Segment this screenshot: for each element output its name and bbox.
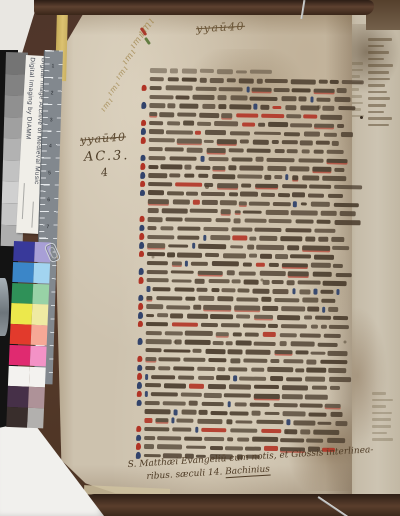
text-word [183,358,205,363]
text-word [300,403,323,407]
text-word [290,254,310,258]
text-word [147,190,164,195]
text-word [157,313,167,317]
color-chart-row [8,366,47,388]
paraph-mark [138,303,143,310]
text-word [210,314,233,319]
text-word [237,289,249,293]
text-word [144,427,170,431]
ghost-text-line [368,38,392,41]
text-word [196,288,207,292]
text-word [235,420,252,424]
manuscript-photo: ımıımıımıımıımıımı yyaū40 yyaū40 AC.3. 4… [0,0,400,516]
text-word [148,182,172,187]
text-word [230,95,247,100]
ghost-text-line [368,97,390,100]
text-word [185,260,189,266]
text-word [147,226,157,230]
paraph-mark [138,321,143,328]
recto-ghost-text [368,38,396,126]
text-word [232,280,240,284]
text-word [306,368,326,373]
color-patch-light [34,263,51,284]
text-word [177,226,201,231]
text-word [258,123,265,127]
text-word [300,105,320,110]
text-word [235,402,247,406]
text-word [229,384,251,389]
text-word [176,95,190,99]
text-word [192,95,215,100]
paraph-mark [137,399,142,406]
text-word [333,316,348,320]
color-patch-light [31,325,48,346]
text-word [275,350,293,354]
text-word [234,210,240,214]
text-word [231,227,252,232]
text-word [261,297,271,302]
text-word [278,193,289,197]
edge-clip [0,278,9,336]
binding-top-edge [34,0,374,15]
text-word [161,164,183,169]
paraph-mark [140,181,145,188]
text-word [167,191,184,196]
text-word [298,96,306,101]
text-word [214,121,239,126]
paraph-mark [141,119,146,126]
text-word [220,201,237,206]
classmark-annotation: AC.3. [84,148,130,165]
text-word [250,96,278,100]
ghost-text-line [368,84,385,87]
text-word [229,192,238,196]
text-word [303,115,317,119]
text-word [149,86,162,90]
text-word [212,174,235,180]
text-word [169,174,180,178]
text-word [200,112,220,117]
color-patch-strong [6,407,28,428]
text-word [159,357,181,362]
text-word [287,419,291,425]
text-word [304,316,312,320]
text-word [168,244,188,248]
paraph-mark [137,382,142,389]
text-word [171,270,194,274]
text-word [240,192,258,197]
text-word [312,272,332,277]
text-word [323,334,341,338]
text-word [230,358,241,363]
text-word [233,375,237,381]
paraph-mark [140,163,145,170]
text-word [282,394,303,399]
text-word [172,200,190,205]
text-word [249,201,270,205]
text-word [203,305,231,311]
text-word [198,174,209,178]
text-word [272,288,288,293]
ghost-text-line [372,412,392,415]
text-word [270,359,279,363]
color-chart-row [10,324,49,346]
text-word [252,139,269,144]
text-word [204,392,222,397]
text-word [315,316,331,320]
paraph-mark [136,434,141,441]
ghost-text-line [350,69,363,72]
text-word [192,349,201,353]
paraph-mark [136,443,141,450]
color-patch-light [28,387,45,408]
ruler-number: 7 [46,225,49,230]
ghost-text-line [368,45,384,48]
text-word [204,130,226,135]
text-word [150,68,167,73]
text-word [324,132,337,136]
text-word [192,243,196,249]
text-word [282,97,297,102]
text-word [256,420,283,425]
text-word [245,350,271,355]
text-word [267,367,293,373]
text-word [230,411,249,415]
text-word [143,444,153,449]
text-word [225,446,242,450]
text-word [291,79,317,85]
text-word [288,272,309,277]
text-word [230,131,250,135]
binding-bottom-edge [84,494,400,516]
color-patch-light [33,283,50,304]
ghost-text-line [368,71,389,74]
ruler-number: 6 [47,198,50,203]
text-word [203,234,207,240]
text-word [146,296,153,300]
text-word [208,157,228,161]
paraph-mark [139,242,144,249]
text-word [177,113,196,117]
text-word [237,175,262,179]
text-word [262,332,275,337]
text-word [172,279,192,283]
text-word [226,341,233,345]
text-word [237,297,259,301]
paraph-mark [141,137,146,144]
text-word [199,69,214,73]
text-word [267,158,295,163]
text-word [304,131,320,136]
text-word [282,385,309,391]
text-word [323,176,347,182]
text-word [178,375,194,379]
text-word [250,402,270,406]
text-word [149,112,157,117]
text-word [256,245,283,250]
text-word [281,236,303,241]
text-word [198,410,207,415]
text-word [172,322,198,327]
text-word [145,409,171,414]
text-word [254,341,276,345]
text-word [267,166,286,171]
text-word [210,411,227,415]
text-word [282,184,307,189]
text-word [277,315,301,320]
text-word [170,68,178,73]
text-word [316,141,330,145]
text-word [290,123,311,127]
text-word [330,412,342,417]
text-word [281,324,308,328]
text-word [261,193,275,197]
text-word [302,176,319,181]
text-word [334,185,362,189]
paraph-mark [137,356,142,363]
text-word [337,88,347,93]
text-word [146,270,168,274]
text-word [274,149,284,153]
text-word [177,138,201,143]
text-word [208,384,226,389]
text-word [287,149,298,153]
text-word [339,211,355,216]
text-word [242,122,256,126]
color-chart-row [9,345,48,367]
text-word [144,391,148,397]
text-word [261,114,285,119]
text-word [252,437,278,443]
text-word [292,193,305,198]
recto-ghost-text-lower [372,392,394,441]
paraph-mark [136,426,141,433]
text-word [201,156,205,162]
text-word [314,228,335,233]
text-word [318,237,329,242]
ghost-text-line [368,104,386,107]
text-word [148,208,159,213]
text-word [337,124,344,128]
text-word [193,200,199,205]
text-word [249,254,257,258]
text-word [206,148,225,153]
text-word [302,298,318,303]
text-word [148,173,167,178]
ghost-text-line [372,425,391,428]
text-word [327,150,344,155]
text-word [166,217,182,222]
text-word [198,244,226,249]
text-word [268,324,277,328]
text-word [174,366,195,370]
text-word [239,376,266,380]
paraph-mark [139,233,144,240]
text-word [157,436,181,441]
text-word [146,314,155,318]
text-word [144,401,160,406]
text-word [226,419,233,424]
text-word [334,168,344,172]
text-word [239,166,263,171]
text-word [181,410,196,415]
paraph-mark [140,216,145,223]
text-word [244,332,259,337]
text-word [235,341,251,346]
text-word [265,175,272,179]
text-word [246,86,250,92]
paraph-mark [138,294,143,301]
text-word [164,384,186,389]
text-word [329,325,349,329]
text-word [272,140,278,144]
text-word [204,226,229,231]
text-word [170,313,183,318]
crossed-out-shelfmark-top: yyaū40 [196,20,246,36]
text-word [244,359,267,364]
ruler-number: 4 [49,145,52,150]
text-word [202,104,215,109]
paraph-mark [138,338,143,345]
text-word [151,375,175,380]
text-word [233,332,242,337]
text-word [167,121,180,126]
text-word [328,307,338,312]
text-word [144,436,155,440]
text-word [327,438,345,443]
text-word [181,393,202,398]
text-word [283,359,303,364]
color-chart-row [6,407,45,429]
text-word [319,79,327,84]
text-word [309,185,331,189]
text-word [274,403,298,407]
text-word [185,340,210,345]
color-patch-strong [10,324,32,345]
text-word [213,341,224,345]
text-word [301,202,307,206]
text-word [177,419,194,423]
text-word [145,373,149,379]
text-word [243,323,266,328]
text-word [261,429,281,433]
text-word [234,305,260,310]
text-word [148,156,166,160]
text-word [184,436,202,440]
text-word [195,86,216,91]
text-word [314,289,318,295]
text-word [211,288,219,292]
text-word [177,252,201,257]
text-word [216,332,229,337]
text-word [274,175,281,179]
text-word [332,141,339,146]
text-word [201,191,225,196]
text-word [287,114,301,119]
text-word [305,394,328,399]
text-word [311,263,331,268]
text-word [146,331,162,335]
text-word [333,264,343,268]
text-word [320,114,343,119]
text-word [178,235,200,239]
text-word [316,97,330,101]
text-word [239,78,254,83]
text-word [257,78,263,83]
text-word [233,236,247,241]
paraph-mark [140,172,145,179]
text-word [200,78,207,83]
text-word [281,306,306,311]
text-word [312,386,327,390]
text-word [245,446,261,450]
text-word [330,386,341,390]
text-word [283,411,306,416]
text-word [268,122,288,127]
text-word [230,245,243,249]
text-word [318,421,332,425]
color-patch-light [30,346,47,367]
text-word [261,105,270,109]
text-word [185,217,212,222]
text-word [210,235,230,240]
text-word [253,393,279,398]
text-word [162,208,187,213]
text-word [299,289,310,294]
text-word [252,288,269,293]
text-word [144,418,152,423]
text-word [308,193,325,197]
text-word [205,253,220,257]
text-word [301,150,310,154]
color-chart-row [11,283,50,305]
text-word [325,403,341,408]
text-word [260,236,278,241]
text-word [310,351,325,355]
text-word [341,80,364,85]
text-word [272,280,284,284]
text-word [255,227,282,232]
color-patch-strong [9,345,31,366]
text-word [260,253,272,258]
text-word [164,331,182,335]
text-word [148,199,169,204]
text-word [167,252,175,257]
text-word [307,359,317,364]
text-word [274,298,299,303]
text-word [243,280,258,285]
text-word [174,288,194,292]
text-word [291,210,318,215]
text-word [147,235,174,240]
text-word [195,427,199,433]
text-word [236,315,250,319]
text-word [244,218,266,223]
text-word [145,357,157,362]
ghost-text-line [372,432,387,435]
text-word [273,201,291,205]
text-word [269,263,279,267]
text-word [255,157,263,162]
text-word [335,421,347,426]
text-word [189,384,205,389]
text-word [187,313,208,318]
text-word [175,182,202,187]
text-word [334,219,361,225]
text-word [254,315,274,319]
text-word [155,419,168,423]
text-word [279,333,296,337]
